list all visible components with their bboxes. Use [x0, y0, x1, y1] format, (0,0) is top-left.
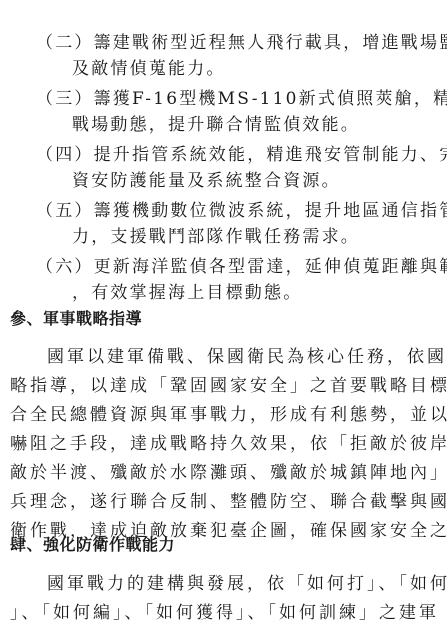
list-marker: （五） [36, 201, 94, 221]
list-marker: （六） [36, 257, 94, 277]
list-marker: （二） [36, 33, 94, 53]
section-heading-4: 肆、強化防衛作戰能力 [10, 535, 175, 555]
list-item-5-line-1: （五）籌獲機動數位微波系統，提升地區通信指管能 [36, 201, 447, 221]
paragraph-line: 國軍以建軍備戰、保國衛民為核心任務，依國防戰 [47, 347, 447, 367]
paragraph-line: 合全民總體資源與軍事戰力，形成有利態勢，並以重層 [10, 405, 447, 425]
list-item-2-line-2: 及敵情偵蒐能力。 [72, 59, 226, 79]
list-item-2-line-1: （二）籌建戰術型近程無人飛行載具，增進戰場監控 [36, 33, 447, 53]
list-item-5-line-2: 力，支援戰鬥部隊作戰任務需求。 [72, 227, 360, 247]
section-heading-3: 參、軍事戰略指導 [10, 309, 142, 329]
paragraph-line: 」、「如何編」、「如何獲得」、「如何訓練」之建軍 [10, 603, 439, 623]
paragraph-line: 略指導，以達成「鞏固國家安全」之首要戰略目標，統 [10, 376, 447, 396]
list-item-4-line-1: （四）提升指管系統效能，精進飛安管制能力、完善 [36, 145, 447, 165]
paragraph-line: 嚇阻之手段，達成戰略持久效果，依「拒敵於彼岸、擊 [10, 434, 447, 454]
paragraph-line: 國軍戰力的建構與發展，依「如何打」、「如何裝 [47, 574, 447, 594]
list-marker: （三） [36, 89, 94, 109]
list-marker: （四） [36, 145, 94, 165]
list-item-6-line-2: ，有效掌握海上目標動態。 [72, 283, 302, 303]
list-item-4-line-2: 資安防護能量及系統整合資源。 [72, 171, 341, 191]
list-item-6-line-1: （六）更新海洋監偵各型雷達，延伸偵蒐距離與範圍 [36, 257, 447, 277]
list-item-3-line-2: 戰場動態，提升聯合情監偵效能。 [72, 115, 360, 135]
paragraph-line: 兵理念，遂行聯合反制、整體防空、聯合截擊與國土防 [10, 492, 447, 512]
list-item-3-line-1: （三）籌獲F-16型機MS-110新式偵照莢艙，精準掌握 [36, 89, 447, 109]
paragraph-line: 敵於半渡、殲敵於水際灘頭、殲敵於城鎮陣地內」之用 [10, 463, 447, 483]
